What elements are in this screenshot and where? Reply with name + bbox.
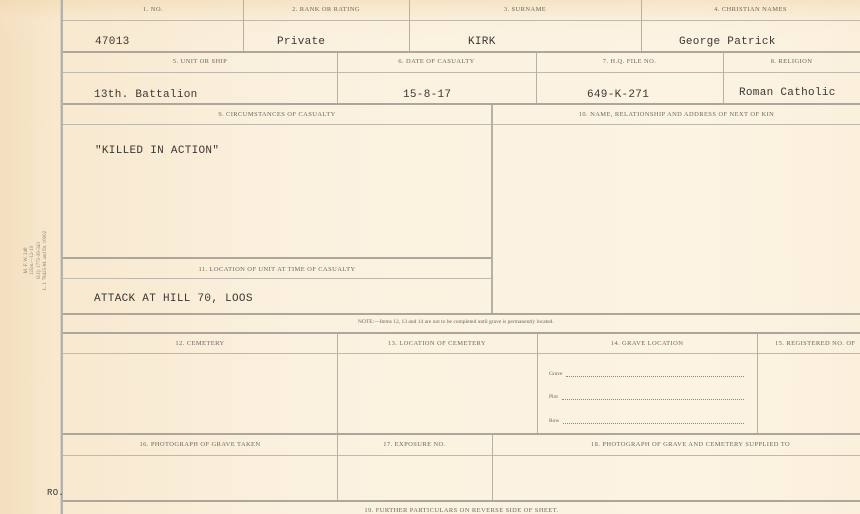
note-top-rule [63, 313, 860, 315]
row1-bottom-rule [63, 51, 860, 53]
row-field-label: Row [549, 419, 559, 425]
side-print-info: M. F. W. 248 125m.—12-19 H.Q. 1772-39-34… [14, 210, 60, 310]
hq-file-no-value: 649-K-271 [587, 90, 649, 101]
date-of-casualty-value: 15-8-17 [403, 90, 451, 101]
no-value: 47013 [95, 37, 130, 48]
further-particulars-label: 19. Further Particulars on Reverse Side … [63, 508, 860, 514]
divider [757, 334, 758, 433]
row6-bottom-rule [63, 500, 860, 502]
unit-label: 5. Unit or Ship [63, 59, 337, 66]
row6-label-divider [63, 455, 860, 456]
row4-top-rule [63, 257, 491, 259]
plot-field-line[interactable] [562, 399, 744, 400]
location-of-unit-value: ATTACK AT HILL 70, LOOS [94, 294, 253, 305]
cemetery-label: 12. Cemetery [63, 341, 337, 348]
unit-value: 13th. Battalion [94, 90, 198, 101]
circumstances-label: 9. Circumstances of Casualty [63, 112, 491, 119]
row-field-line[interactable] [563, 423, 744, 424]
row5-label-divider [63, 353, 860, 354]
side-print-line: L. I. 78425-M. and Dr. 10002 [43, 230, 49, 289]
christian-names-label: 4. Christian Names [641, 7, 860, 14]
next-of-kin-label: 10. Name, Relationship and Address of Ne… [493, 112, 860, 119]
religion-value: Roman Catholic [739, 88, 836, 99]
location-of-unit-label: 11. Location of Unit at Time of Casualty [63, 267, 491, 274]
divider [537, 334, 538, 433]
registered-no-label: 15. Registered No. of [757, 341, 860, 348]
plot-field-label: Plot [549, 395, 558, 401]
note-bottom-rule [63, 332, 860, 334]
christian-names-value: George Patrick [679, 37, 776, 48]
row3-label-divider [63, 124, 860, 125]
photograph-taken-label: 16. Photograph of Grave Taken [63, 442, 337, 449]
surname-label: 3. Surname [409, 7, 641, 14]
grave-field-line[interactable] [566, 376, 744, 377]
grave-location-label: 14. Grave Location [537, 341, 757, 348]
rank-label: 2. Rank or Rating [243, 7, 409, 14]
surname-value: KIRK [468, 37, 496, 48]
completion-note: NOTE:—Items 12, 13 and 14 are not to be … [358, 320, 554, 326]
row2-bottom-rule [63, 103, 860, 105]
row2-label-divider [63, 72, 860, 73]
row4-label-divider [63, 278, 491, 279]
ro-mark: RO. [47, 489, 64, 498]
circumstances-value: "KILLED IN ACTION" [95, 146, 219, 157]
grave-field-label: Grave [549, 372, 562, 378]
photograph-supplied-label: 18. Photograph of Grave and Cemetery Sup… [492, 442, 860, 449]
no-label: 1. No. [63, 7, 243, 14]
row1-label-divider [63, 20, 860, 21]
religion-label: 8. Religion [723, 59, 860, 66]
casualty-card: M. F. W. 248 125m.—12-19 H.Q. 1772-39-34… [0, 0, 860, 514]
location-of-cemetery-label: 13. Location of Cemetery [337, 341, 537, 348]
exposure-no-label: 17. Exposure No. [337, 442, 492, 449]
hq-file-no-label: 7. H.Q. File No. [536, 59, 723, 66]
rank-value: Private [277, 37, 325, 48]
date-of-casualty-label: 6. Date of Casualty [337, 59, 536, 66]
divider [337, 334, 338, 433]
row5-bottom-rule [63, 433, 860, 435]
divider [491, 105, 493, 313]
